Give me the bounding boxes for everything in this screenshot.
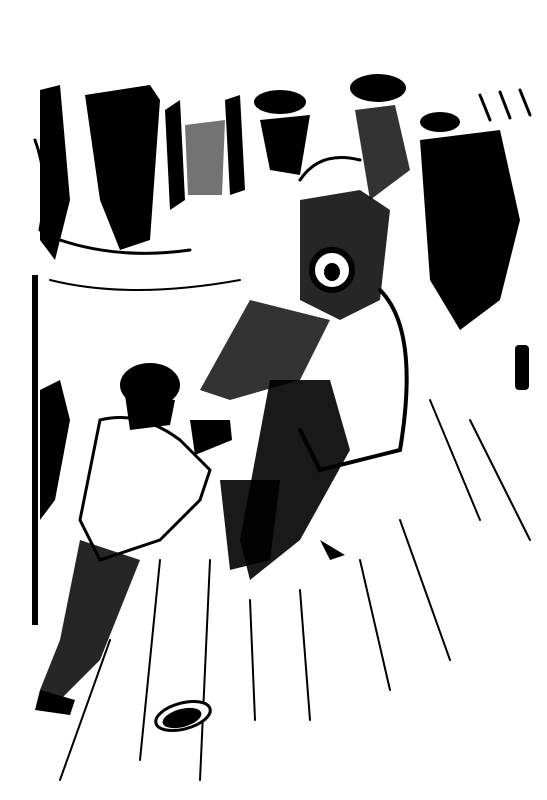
illustration: [0, 0, 547, 800]
fallen-hat: [153, 696, 214, 736]
background-drapery: [35, 85, 245, 290]
left-doorway: [32, 275, 70, 625]
